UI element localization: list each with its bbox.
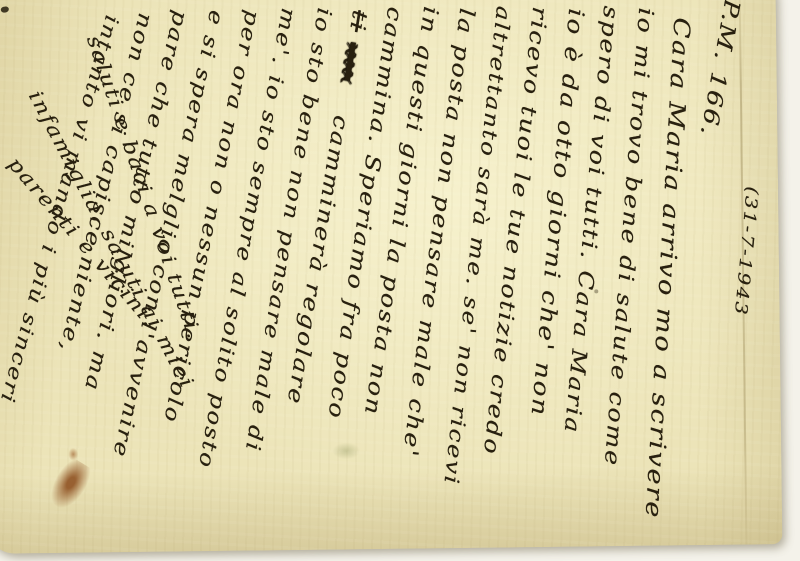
postcard-photo: (31-7-1943 P.M. 166. Cara Maria arrivo m… [0,0,800,561]
postcard: (31-7-1943 P.M. 166. Cara Maria arrivo m… [0,0,782,554]
rust-stain-dot [68,448,78,461]
handwriting-line-10-struck-word: ti [347,9,371,34]
date-line: (31-7-1943 [732,186,761,317]
field-post-office-line: P.M. 166. [696,0,742,139]
paper-speck [1,7,9,13]
rust-stain [44,456,96,514]
handwriting-line-10-ink-scribble: xxxx [338,41,364,82]
paper-speck-small [594,289,598,293]
ink-smudge [332,442,360,459]
